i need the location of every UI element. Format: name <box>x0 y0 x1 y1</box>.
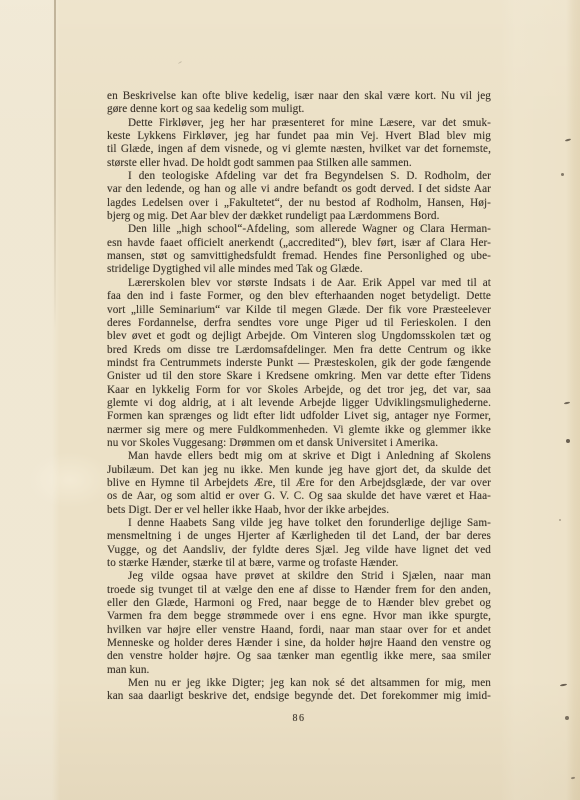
text-line: faa den ind i faste Former, og den blev … <box>107 290 491 303</box>
ink-speck <box>560 683 567 686</box>
text-line: Menneske og holder deres Hænder i sine, … <box>107 637 491 650</box>
ink-speck <box>561 173 564 176</box>
text-line: Gnister ud til den store Skare i Kredsen… <box>107 370 491 383</box>
ink-speck <box>566 439 570 443</box>
text-line: blive en Hymne til Arbejdets Ære, til Ær… <box>107 477 491 490</box>
text-line: keste Lykkens Firkløver, jeg har fundet … <box>107 130 491 143</box>
page-text-block: en Beskrivelse kan ofte blive kedelig, i… <box>107 90 491 704</box>
paragraph-9: Men nu er jeg ikke Digter; jeg kan nok s… <box>107 677 491 704</box>
text-line: stridelige Dygtighed vil alle mindes med… <box>107 263 491 276</box>
text-line: mansen, støt og samvittighedsfuldt frema… <box>107 250 491 263</box>
ink-speck <box>565 716 569 720</box>
text-line: Jeg vilde ogsaa have prøvet at skildre d… <box>107 570 491 583</box>
text-line: var den ledende, og han og alle vi andre… <box>107 183 491 196</box>
text-line: to stærke Hænder, stærke til at bære, va… <box>107 557 491 570</box>
paragraph-7: I denne Haabets Sang vilde jeg have tolk… <box>107 517 491 570</box>
text-line: Varmen fra dem begge strømmede over i en… <box>107 610 491 623</box>
text-line: eller den Glæde, Harmoni og Fred, naar b… <box>107 597 491 610</box>
paragraph-1: en Beskrivelse kan ofte blive kedelig, i… <box>107 90 491 117</box>
text-line: os de Aar, og som altid er over G. V. C.… <box>107 490 491 503</box>
text-line: hvilken var højre eller venstre Haand, f… <box>107 624 491 637</box>
text-line: Lærerskolen blev vor største Indsats i d… <box>107 277 491 290</box>
ink-speck <box>571 777 575 780</box>
text-line: Men nu er jeg ikke Digter; jeg kan nok s… <box>107 677 491 690</box>
page-crease <box>54 0 56 330</box>
text-line: nu vor Skoles Vuggesang: Drømmen om et d… <box>107 437 491 450</box>
ink-speck <box>559 519 561 521</box>
text-line: til Glæde, ingen af dem visnede, og vi g… <box>107 143 491 156</box>
text-line: mindst fra Centrummets inderste Punkt — … <box>107 357 491 370</box>
text-line: bred Kreds om disse tre Lærdomsafdelinge… <box>107 344 491 357</box>
text-line: troede sig tvunget til at vælge den ene … <box>107 584 491 597</box>
text-line: deres Fordannelse, derfra sendtes vore u… <box>107 317 491 330</box>
text-line: Man havde ellers bedt mig om at skrive e… <box>107 450 491 463</box>
book-page: en Beskrivelse kan ofte blive kedelig, i… <box>0 0 580 800</box>
paragraph-6: Man havde ellers bedt mig om at skrive e… <box>107 450 491 517</box>
text-line: gøre denne kort og saa kedelig som mulig… <box>107 103 491 116</box>
text-line: Den lille „high school“-Afdeling, som al… <box>107 223 491 236</box>
text-line: lagdes Ledelsen over i „Fakultetet“, der… <box>107 197 491 210</box>
ink-speck <box>178 61 182 64</box>
text-line: bjerg og mig. Det Aar blev der dækket ru… <box>107 210 491 223</box>
text-line: mensmeltning i de unges Hjerter af Kærli… <box>107 530 491 543</box>
text-line: en Beskrivelse kan ofte blive kedelig, i… <box>107 90 491 103</box>
text-line: Formen kan sprænges og lidt efter lidt u… <box>107 410 491 423</box>
ink-speck <box>565 138 571 141</box>
text-line: blev øvet et godt og dejligt Arbejde. Om… <box>107 330 491 343</box>
text-line: kan saa daarligt beskrive det, endsige b… <box>107 690 491 703</box>
ink-speck <box>564 401 570 404</box>
text-line: den venstre holder højre. Og saa tænker … <box>107 650 491 663</box>
text-line: man kun. <box>107 664 491 677</box>
text-line: nærmer sig mere og mere Fuldkommenheden.… <box>107 424 491 437</box>
ink-speck <box>328 688 330 690</box>
paragraph-3: I den teologiske Afdeling var det fra Be… <box>107 170 491 223</box>
paragraph-2: Dette Firkløver, jeg her har præsenteret… <box>107 117 491 170</box>
text-line: største eller hvad. De holdt godt sammen… <box>107 157 491 170</box>
text-line: I den teologiske Afdeling var det fra Be… <box>107 170 491 183</box>
text-line: glemte vi dog aldrig, at i alt levende A… <box>107 397 491 410</box>
text-line: bets Digt. Der er vel heller ikke Haab, … <box>107 504 491 517</box>
text-line: vort „lille Seminarium“ var Kilde til me… <box>107 304 491 317</box>
text-line: Vugge, og det Aandsliv, der fyldte deres… <box>107 544 491 557</box>
text-line: I denne Haabets Sang vilde jeg have tolk… <box>107 517 491 530</box>
page-number: 86 <box>107 713 491 724</box>
paragraph-5: Lærerskolen blev vor største Indsats i d… <box>107 277 491 450</box>
paragraph-4: Den lille „high school“-Afdeling, som al… <box>107 223 491 276</box>
text-line: Jubilæum. Det kan jeg nu ikke. Men kunde… <box>107 464 491 477</box>
text-line: Kaar en lykkelig Form for vor Skoles Arb… <box>107 384 491 397</box>
text-line: esn havde faaet officielt anerkendt („ac… <box>107 237 491 250</box>
paragraph-8: Jeg vilde ogsaa have prøvet at skildre d… <box>107 570 491 677</box>
text-line: Dette Firkløver, jeg her har præsenteret… <box>107 117 491 130</box>
